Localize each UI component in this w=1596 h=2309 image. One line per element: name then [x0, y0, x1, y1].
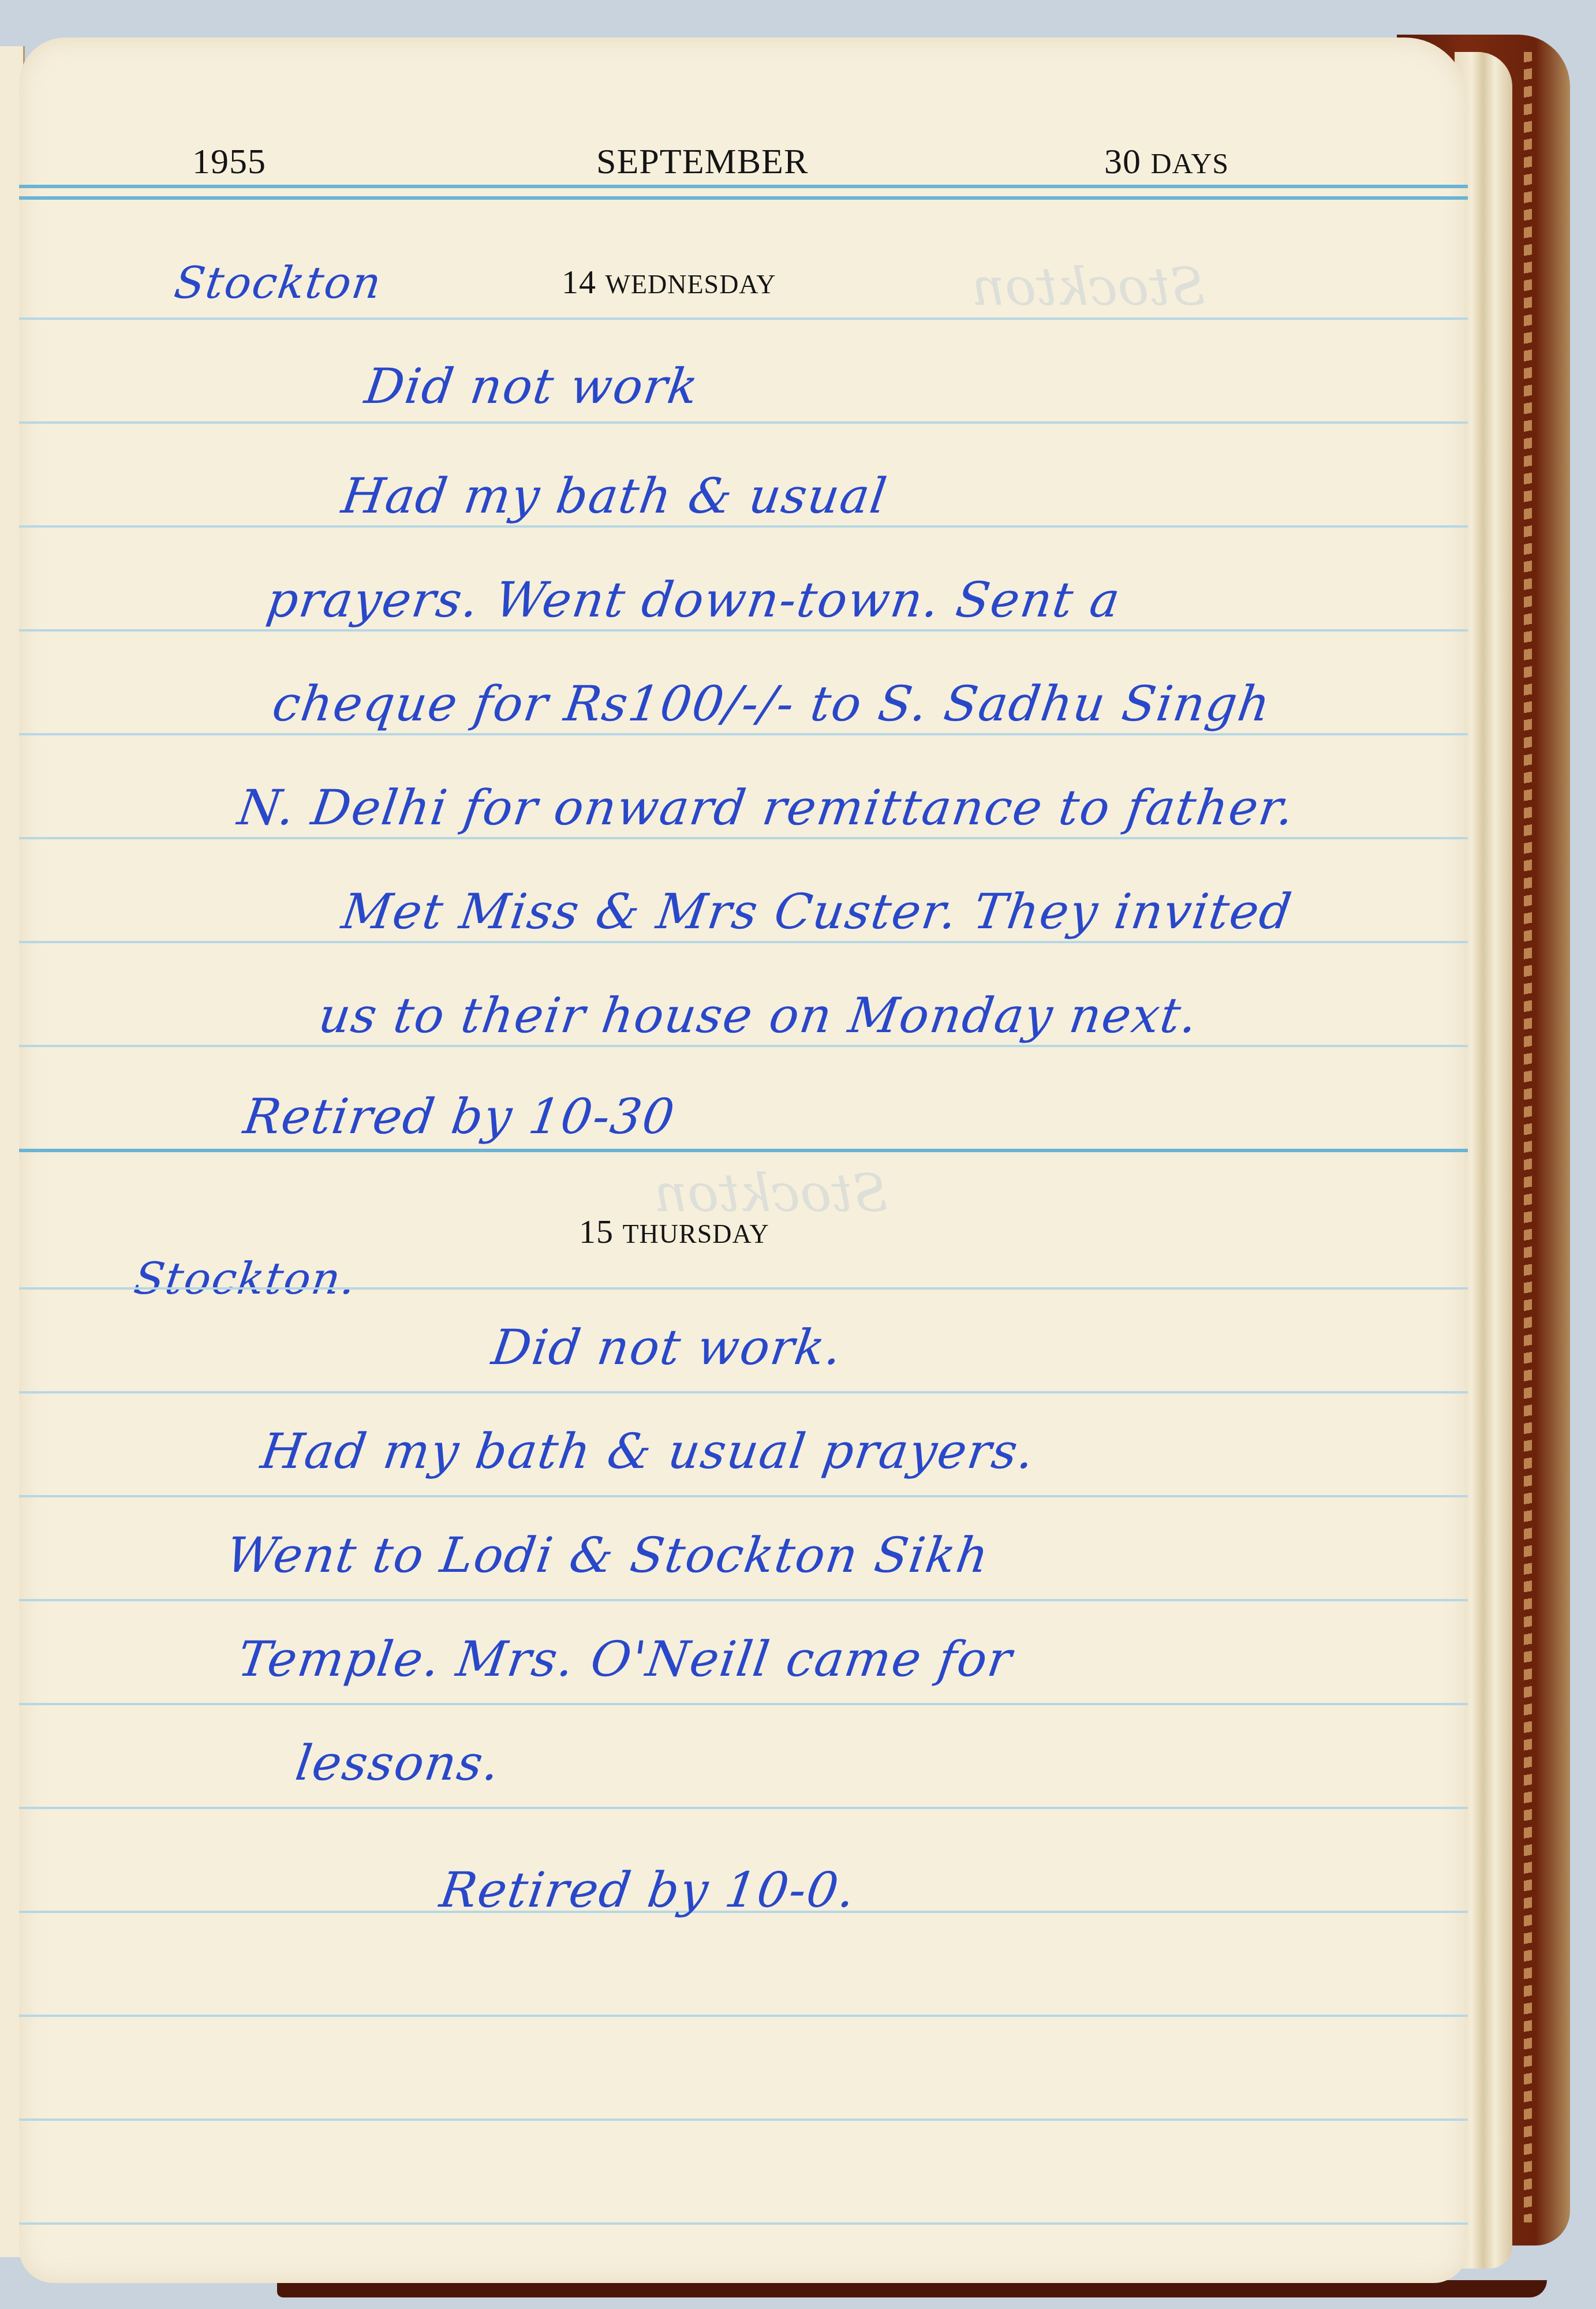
- show-through-text: Stockton: [971, 257, 1205, 317]
- days-count-label: 30 Days: [1104, 141, 1229, 182]
- entry-line: Met Miss & Mrs Custer. They invited: [338, 883, 1296, 940]
- ruled-line: [19, 2222, 1468, 2225]
- entry-line: Retired by 10-30: [240, 1088, 679, 1145]
- entry-line: Retired by 10-0.: [436, 1862, 859, 1918]
- ruled-line: [19, 629, 1468, 632]
- entry-line: us to their house on Monday next.: [315, 987, 1202, 1044]
- year-label: 1955: [192, 141, 266, 182]
- ruled-line: [19, 941, 1468, 943]
- ruled-line: [19, 421, 1468, 424]
- ruled-line: [19, 1703, 1468, 1705]
- ruled-line: [19, 2119, 1468, 2121]
- entry-line: cheque for Rs100/-/- to S. Sadhu Singh: [269, 675, 1274, 732]
- day-divider-rule: [19, 1149, 1468, 1152]
- entry-line: Did not work: [361, 358, 702, 414]
- month-label: SEPTEMBER: [596, 141, 808, 182]
- ruled-line: [19, 837, 1468, 839]
- day-heading-14: 14 Wednesday: [562, 263, 776, 301]
- ruled-line: [19, 1599, 1468, 1601]
- ruled-line: [19, 1495, 1468, 1497]
- entry-line: lessons.: [292, 1735, 504, 1791]
- entry-line: Had my bath & usual: [338, 468, 891, 524]
- diary-page: Stockton Stockton 1955 SEPTEMBER 30 Days…: [19, 38, 1468, 2283]
- entry-line: N. Delhi for onward remittance to father…: [234, 779, 1299, 836]
- ruled-line: [19, 317, 1468, 320]
- entry-line: Temple. Mrs. O'Neill came for: [234, 1631, 1016, 1687]
- cover-stitching: [1524, 52, 1532, 2222]
- header-rule: [19, 185, 1468, 188]
- header-rule: [19, 196, 1468, 200]
- ruled-line: [19, 525, 1468, 528]
- ruled-line: [19, 1391, 1468, 1393]
- entry-location: Stockton: [171, 257, 386, 308]
- entry-location: Stockton.: [131, 1253, 360, 1304]
- ruled-line: [19, 2015, 1468, 2017]
- entry-line: Went to Lodi & Stockton Sikh: [223, 1527, 993, 1583]
- entry-line: prayers. Went down-town. Sent a: [263, 571, 1124, 628]
- ruled-line: [19, 733, 1468, 735]
- day-heading-15: 15 Thursday: [579, 1212, 769, 1251]
- ruled-line: [19, 1807, 1468, 1809]
- entry-line: Had my bath & usual prayers.: [257, 1423, 1038, 1479]
- entry-line: Did not work.: [488, 1319, 846, 1376]
- ruled-line: [19, 1287, 1468, 1290]
- ruled-line: [19, 1045, 1468, 1047]
